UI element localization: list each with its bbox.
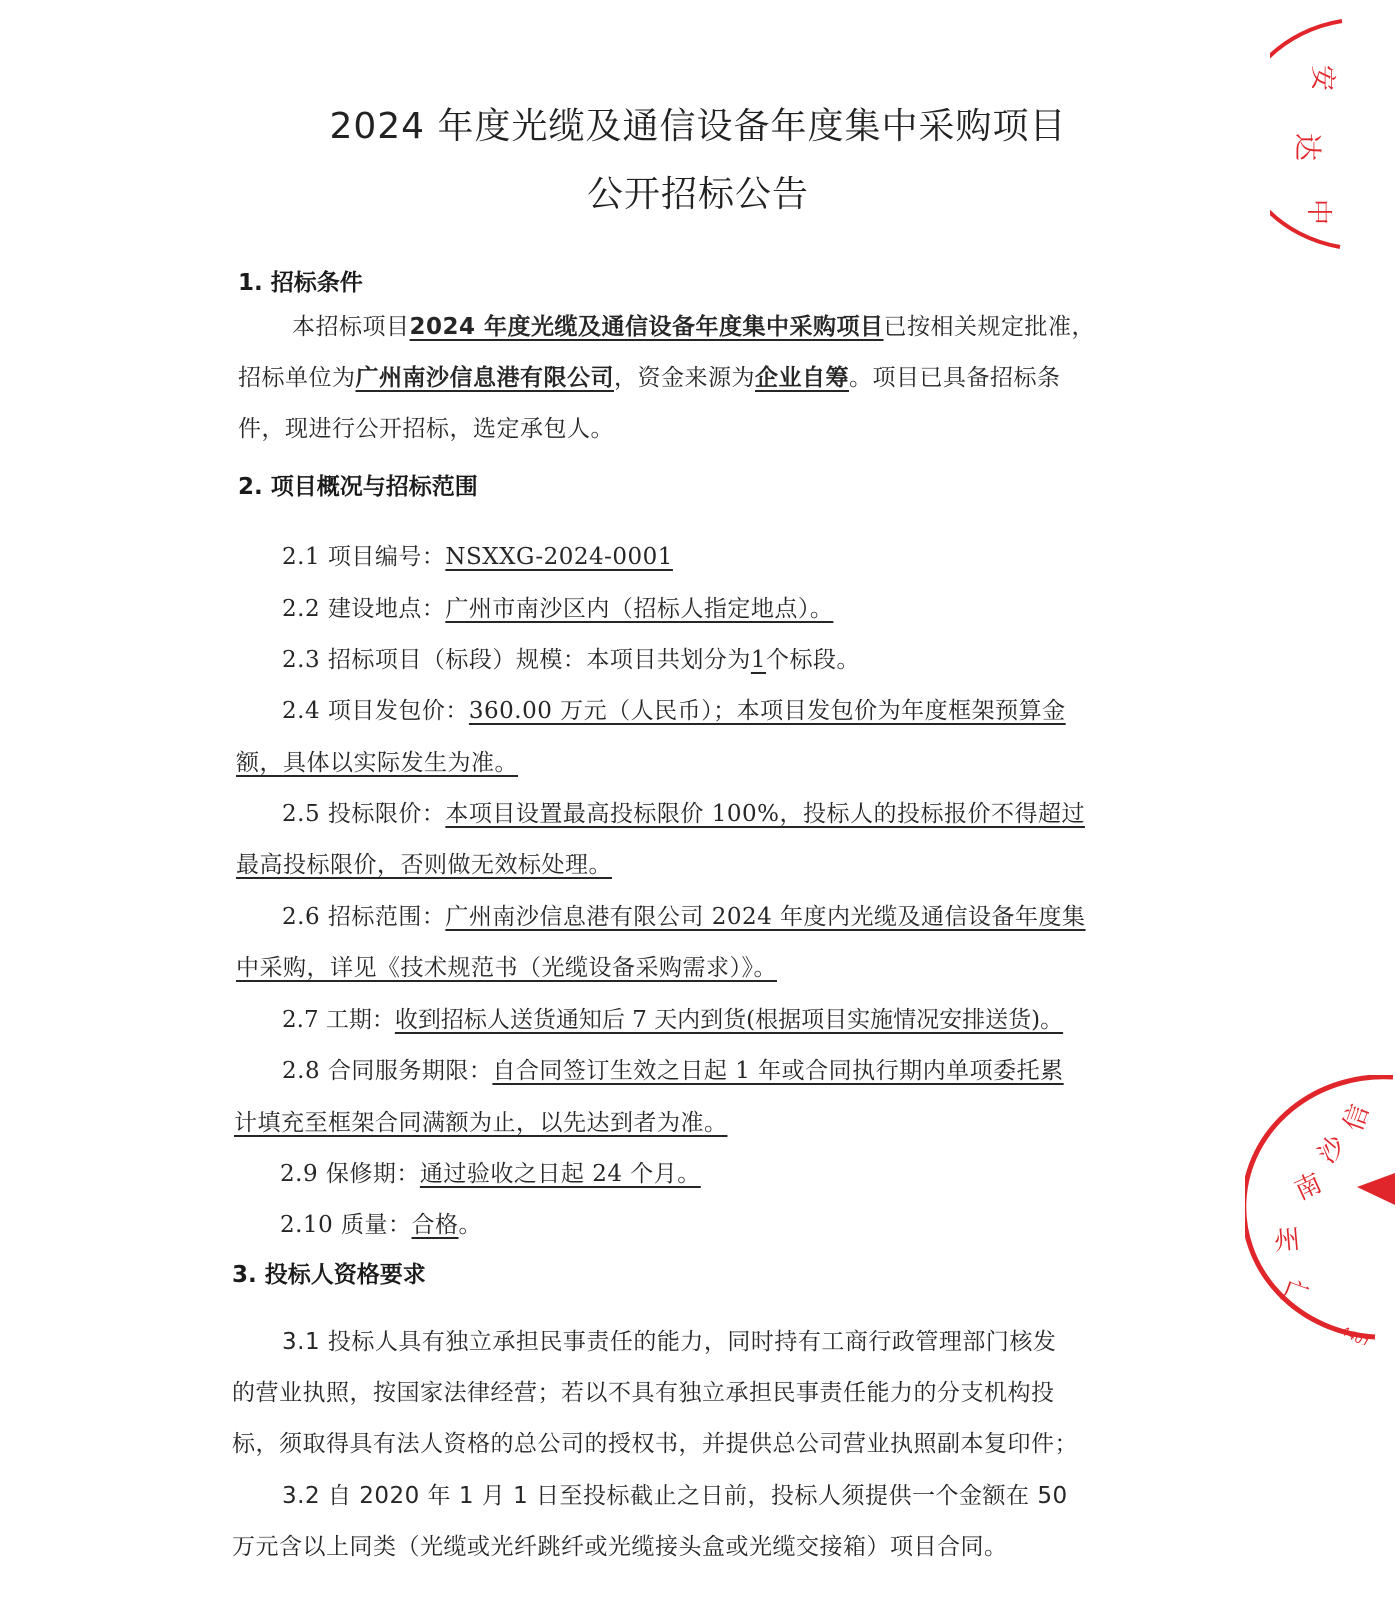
text: ，资金来源为 [614, 365, 755, 391]
item-label: 2.6 招标范围： [282, 904, 445, 930]
project-number: NSXXG-2024-0001 [445, 544, 673, 570]
item-2-4: 2.4 项目发包价：360.00 万元（人民币）；本项目发包价为年度框架预算金 [282, 692, 1066, 725]
item-2-9: 2.9 保修期：通过验收之日起 24 个月。 [280, 1155, 701, 1188]
item-tail: 个标段。 [766, 647, 860, 673]
section-1-para-line2: 招标单位为广州南沙信息港有限公司，资金来源为企业自筹。项目已具备招标条 [238, 359, 1061, 392]
svg-text:达: 达 [1291, 133, 1324, 161]
svg-text:南: 南 [1290, 1168, 1326, 1206]
item-value: 广州市南沙区内（招标人指定地点）。 [445, 596, 833, 622]
company-seal-side: 信 沙 南 州 广 4401 [1245, 1075, 1396, 1345]
svg-text:州: 州 [1273, 1225, 1302, 1257]
svg-text:沙: 沙 [1312, 1130, 1352, 1170]
item-3-1-line2: 的营业执照，按国家法律经营；若以不具有独立承担民事责任能力的分支机构投 [232, 1374, 1055, 1407]
item-label: 2.10 质量： [280, 1212, 412, 1238]
item-label: 2.7 工期： [282, 1007, 395, 1033]
section-2-heading: 2. 项目概况与招标范围 [238, 468, 478, 501]
item-2-4-cont: 额，具体以实际发生为准。 [236, 744, 518, 777]
item-label: 2.1 项目编号： [282, 544, 445, 570]
item-value: 自合同签订生效之日起 1 年或合同执行期内单项委托累 [492, 1058, 1063, 1084]
item-tail: 。 [459, 1212, 483, 1238]
item-value: 收到招标人送货通知后 7 天内到货(根据项目实施情况安排送货)。 [395, 1007, 1063, 1033]
item-2-8-cont: 计填充至框架合同满额为止，以先达到者为准。 [234, 1104, 728, 1137]
item-2-6: 2.6 招标范围：广州南沙信息港有限公司 2024 年度内光缆及通信设备年度集 [282, 898, 1086, 931]
item-3-1-line1: 3.1 投标人具有独立承担民事责任的能力，同时持有工商行政管理部门核发 [282, 1323, 1056, 1356]
item-2-7: 2.7 工期：收到招标人送货通知后 7 天内到货(根据项目实施情况安排送货)。 [282, 1001, 1063, 1034]
item-2-2: 2.2 建设地点：广州市南沙区内（招标人指定地点）。 [282, 590, 833, 623]
document-title-line1: 2024 年度光缆及通信设备年度集中采购项目 [0, 98, 1396, 149]
item-value: 广州南沙信息港有限公司 2024 年度内光缆及通信设备年度集 [445, 904, 1085, 930]
section-1-para-line3: 件，现进行公开招标，选定承包人。 [238, 410, 614, 443]
item-2-8: 2.8 合同服务期限：自合同签订生效之日起 1 年或合同执行期内单项委托累 [282, 1052, 1064, 1085]
text: 已按相关规定批准， [884, 314, 1096, 340]
item-2-5: 2.5 投标限价：本项目设置最高投标限价 100%，投标人的投标报价不得超过 [282, 795, 1085, 828]
item-label: 2.4 项目发包价： [282, 698, 469, 724]
item-3-2-line1: 3.2 自 2020 年 1 月 1 日至投标截止之日前，投标人须提供一个金额在… [282, 1477, 1068, 1510]
text: 。项目已具备招标条 [849, 365, 1061, 391]
item-label: 2.8 合同服务期限： [282, 1058, 492, 1084]
item-label: 2.9 保修期： [280, 1161, 420, 1187]
document-title-line2: 公开招标公告 [0, 166, 1396, 217]
item-value: 本项目设置最高投标限价 100%，投标人的投标报价不得超过 [445, 801, 1085, 827]
svg-text:安: 安 [1307, 65, 1337, 91]
section-1-para-line1: 本招标项目2024 年度光缆及通信设备年度集中采购项目已按相关规定批准， [292, 308, 1095, 341]
item-label: 2.2 建设地点： [282, 596, 445, 622]
fund-source: 企业自筹 [755, 365, 849, 391]
company-name: 广州南沙信息港有限公司 [356, 365, 615, 391]
text: 招标单位为 [238, 365, 356, 391]
item-value: 通过验收之日起 24 个月。 [420, 1161, 701, 1187]
item-2-1: 2.1 项目编号：NSXXG-2024-0001 [282, 538, 673, 571]
company-seal-top: 安 达 中 [1270, 15, 1396, 255]
svg-text:广: 广 [1278, 1275, 1313, 1312]
item-value: 1 [751, 647, 766, 673]
section-3-heading: 3. 投标人资格要求 [232, 1256, 426, 1289]
item-value-cont: 中采购，详见《技术规范书（光缆设备采购需求）》。 [236, 955, 777, 981]
item-2-6-cont: 中采购，详见《技术规范书（光缆设备采购需求）》。 [236, 949, 777, 982]
item-2-10: 2.10 质量：合格。 [280, 1206, 482, 1239]
item-2-3: 2.3 招标项目（标段）规模：本项目共划分为1个标段。 [282, 641, 860, 674]
item-2-5-cont: 最高投标限价，否则做无效标处理。 [236, 846, 612, 879]
document-page: 2024 年度光缆及通信设备年度集中采购项目 公开招标公告 1. 招标条件 本招… [0, 0, 1396, 1600]
item-3-2-line2: 万元含以上同类（光缆或光纤跳纤或光缆接头盒或光缆交接箱）项目合同。 [232, 1528, 1008, 1561]
text: 本招标项目 [292, 314, 410, 340]
project-name: 2024 年度光缆及通信设备年度集中采购项目 [410, 314, 884, 340]
item-value: 360.00 万元（人民币）；本项目发包价为年度框架预算金 [469, 698, 1066, 724]
item-label: 2.3 招标项目（标段）规模：本项目共划分为 [282, 647, 751, 673]
svg-text:信: 信 [1338, 1101, 1375, 1136]
section-1-heading: 1. 招标条件 [238, 264, 363, 297]
item-label: 2.5 投标限价： [282, 801, 445, 827]
item-value-cont: 额，具体以实际发生为准。 [236, 750, 518, 776]
item-value-cont: 计填充至框架合同满额为止，以先达到者为准。 [234, 1110, 728, 1136]
item-3-1-line3: 标，须取得具有法人资格的总公司的授权书，并提供总公司营业执照副本复印件； [232, 1425, 1078, 1458]
svg-text:中: 中 [1303, 199, 1333, 225]
item-value-cont: 最高投标限价，否则做无效标处理。 [236, 852, 612, 878]
item-value: 合格 [412, 1212, 459, 1238]
